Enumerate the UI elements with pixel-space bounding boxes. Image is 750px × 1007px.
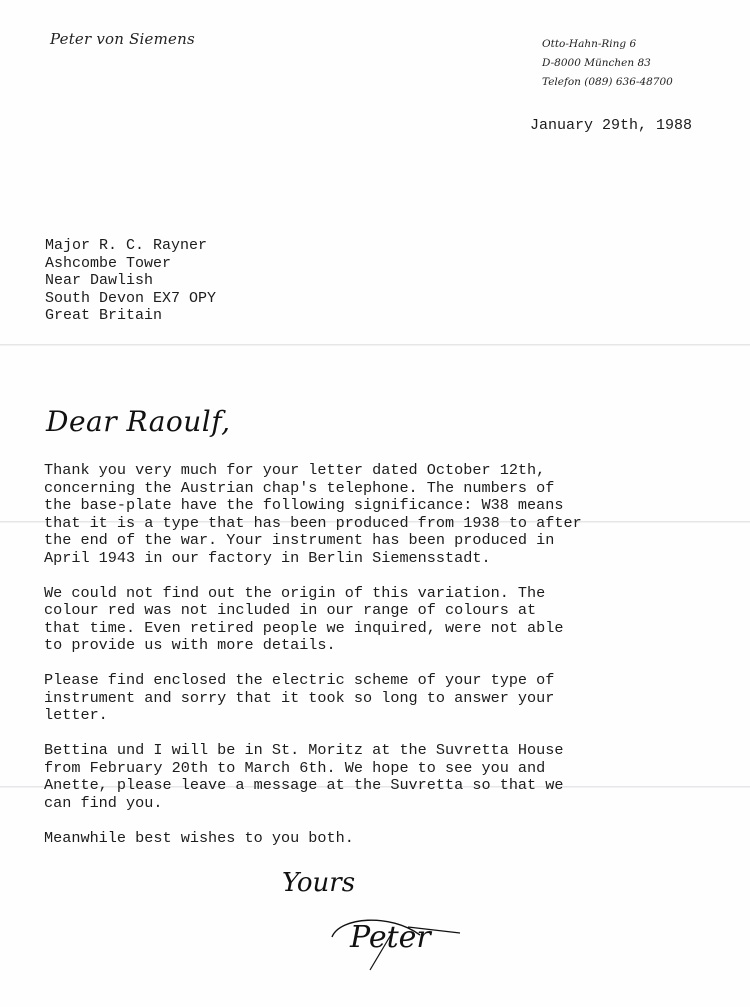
body-line: letter. (44, 707, 744, 725)
paper-fold-line (0, 344, 750, 346)
letterhead-name: Peter von Siemens (50, 30, 195, 48)
body-line: We could not find out the origin of this… (44, 585, 744, 603)
body-line: colour red was not included in our range… (44, 602, 744, 620)
body-line: that time. Even retired people we inquir… (44, 620, 744, 638)
body-line: Please find enclosed the electric scheme… (44, 672, 744, 690)
body-line: can find you. (44, 795, 744, 813)
handwritten-salutation: Dear Raoulf, (46, 405, 231, 438)
body-line: April 1943 in our factory in Berlin Siem… (44, 550, 744, 568)
letterhead-address-line: Otto-Hahn-Ring 6 (542, 35, 673, 54)
body-line: the base-plate have the following signif… (44, 497, 744, 515)
body-line: to provide us with more details. (44, 637, 744, 655)
body-paragraph: Bettina und I will be in St. Moritz at t… (44, 742, 744, 812)
recipient-line: Major R. C. Rayner (45, 237, 216, 255)
body-paragraph: Thank you very much for your letter date… (44, 462, 744, 567)
recipient-line: South Devon EX7 OPY (45, 290, 216, 308)
body-paragraph: Meanwhile best wishes to you both. (44, 830, 744, 848)
recipient-line: Great Britain (45, 307, 216, 325)
body-line: that it is a type that has been produced… (44, 515, 744, 533)
handwritten-signature: Peter (350, 920, 431, 955)
body-line: concerning the Austrian chap's telephone… (44, 480, 744, 498)
letterhead-address-line: Telefon (089) 636-48700 (542, 73, 673, 92)
letter-body: Thank you very much for your letter date… (44, 462, 744, 865)
letter-date: January 29th, 1988 (530, 117, 692, 134)
letterhead-address-line: D-8000 München 83 (542, 54, 673, 73)
recipient-line: Ashcombe Tower (45, 255, 216, 273)
body-paragraph: We could not find out the origin of this… (44, 585, 744, 655)
letter-page: Peter von Siemens Otto-Hahn-Ring 6 D-800… (0, 0, 750, 1007)
body-line: Anette, please leave a message at the Su… (44, 777, 744, 795)
letterhead-address: Otto-Hahn-Ring 6 D-8000 München 83 Telef… (542, 35, 673, 92)
handwritten-closing: Yours (282, 868, 355, 898)
recipient-address: Major R. C. Rayner Ashcombe Tower Near D… (45, 237, 216, 325)
recipient-line: Near Dawlish (45, 272, 216, 290)
body-line: Bettina und I will be in St. Moritz at t… (44, 742, 744, 760)
body-paragraph: Please find enclosed the electric scheme… (44, 672, 744, 725)
body-line: Thank you very much for your letter date… (44, 462, 744, 480)
body-line: instrument and sorry that it took so lon… (44, 690, 744, 708)
body-line: from February 20th to March 6th. We hope… (44, 760, 744, 778)
body-line: Meanwhile best wishes to you both. (44, 830, 744, 848)
body-line: the end of the war. Your instrument has … (44, 532, 744, 550)
